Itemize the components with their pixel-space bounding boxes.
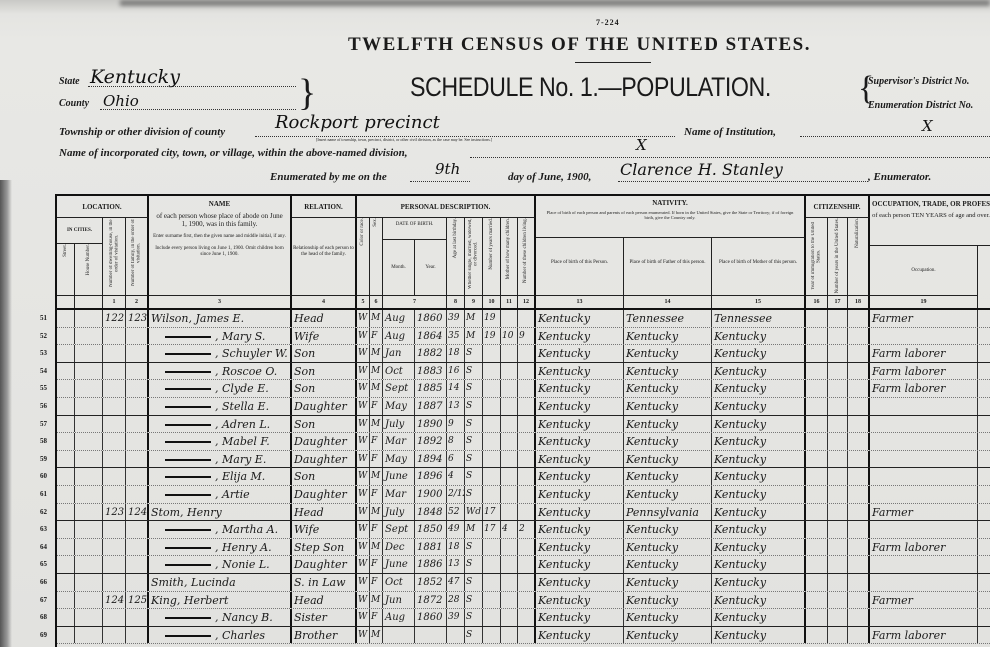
cell-imm — [806, 380, 828, 397]
cell-house — [75, 556, 103, 573]
cell-relation: Sister — [292, 609, 357, 626]
cell-extra — [978, 627, 990, 644]
cell-imm — [806, 328, 828, 345]
cell-nat — [848, 574, 870, 591]
cell-relation: Daughter — [292, 556, 357, 573]
cell-occupation — [870, 398, 978, 415]
cell-imm — [806, 398, 828, 415]
cell-marital: S — [465, 416, 483, 433]
cell-extra — [978, 380, 990, 397]
cell-yrs-married: 17 — [483, 504, 501, 521]
cell-father: Kentucky — [624, 345, 712, 362]
ditto-dash — [165, 371, 211, 373]
cell-age: 18 — [447, 539, 465, 556]
cell-marital: S — [465, 609, 483, 626]
cell-color: W — [357, 539, 370, 556]
cell-street — [57, 345, 75, 362]
cell-relation: Wife — [292, 521, 357, 538]
line-number: 59 — [17, 451, 47, 468]
cell-mother-of — [501, 380, 518, 397]
cell-yrsus — [828, 556, 848, 573]
cell-occupation: Farmer — [870, 592, 978, 609]
cell-dwelling — [103, 451, 126, 468]
cell-month: Sept — [383, 380, 415, 397]
cell-name: , Nancy B. — [149, 609, 292, 626]
cell-year: 1848 — [415, 504, 447, 521]
cell-dwelling — [103, 380, 126, 397]
header-age: Age at last birthday. — [447, 218, 465, 296]
line-number: 69 — [17, 627, 47, 644]
cell-dwelling — [103, 574, 126, 591]
person-name: , Martha A. — [215, 523, 278, 536]
cell-year: 1896 — [415, 468, 447, 485]
cell-nat — [848, 310, 870, 327]
ditto-dash — [165, 529, 211, 531]
cell-birth: Kentucky — [536, 345, 624, 362]
line-number: 60 — [17, 468, 47, 485]
ditto-dash — [165, 353, 211, 355]
cell-color: W — [357, 521, 370, 538]
cell-living — [518, 363, 536, 380]
cell-year: 1872 — [415, 592, 447, 609]
header-in-cities: IN CITIES. — [57, 218, 103, 244]
table-row: 67124125King, HerbertHeadWMJun187228SKen… — [57, 592, 990, 610]
city-value: X — [636, 136, 647, 154]
census-page: 7-224 TWELFTH CENSUS OF THE UNITED STATE… — [0, 0, 990, 647]
line-number: 55 — [17, 380, 47, 397]
cell-relation: S. in Law — [292, 574, 357, 591]
cell-family — [126, 609, 149, 626]
cell-extra — [978, 345, 990, 362]
cell-yrs-married — [483, 468, 501, 485]
cell-extra — [978, 486, 990, 503]
cell-father: Kentucky — [624, 380, 712, 397]
cell-sex: F — [370, 398, 383, 415]
cell-father: Kentucky — [624, 433, 712, 450]
cell-name: Stom, Henry — [149, 504, 292, 521]
cell-house — [75, 380, 103, 397]
cell-dwelling — [103, 345, 126, 362]
cell-dwelling — [103, 363, 126, 380]
header-nativity: NATIVITY. Place of birth of each person … — [536, 196, 806, 238]
brace: { — [858, 72, 874, 106]
cell-month: Oct — [383, 363, 415, 380]
enumerator-name: Clarence H. Stanley — [620, 160, 783, 179]
header-birth-mother: Place of birth of Mother of this person. — [712, 238, 806, 296]
cell-occupation: Farmer — [870, 504, 978, 521]
cell-month: Jan — [383, 345, 415, 362]
cell-month: July — [383, 416, 415, 433]
cell-yrsus — [828, 468, 848, 485]
cell-color: W — [357, 609, 370, 626]
person-name: , Mary S. — [215, 330, 265, 343]
cell-yrsus — [828, 451, 848, 468]
cell-nat — [848, 486, 870, 503]
cell-father: Kentucky — [624, 592, 712, 609]
column-number: 19 — [870, 296, 978, 308]
cell-occupation — [870, 451, 978, 468]
cell-yrsus — [828, 345, 848, 362]
cell-house — [75, 433, 103, 450]
line-number: 62 — [17, 504, 47, 521]
cell-birth: Kentucky — [536, 451, 624, 468]
cell-extra — [978, 539, 990, 556]
cell-sex: F — [370, 486, 383, 503]
cell-family — [126, 486, 149, 503]
cell-age: 28 — [447, 592, 465, 609]
cell-color: W — [357, 416, 370, 433]
cell-mother-of — [501, 310, 518, 327]
cell-nat — [848, 609, 870, 626]
cell-house — [75, 504, 103, 521]
cell-occupation — [870, 416, 978, 433]
ditto-dash — [165, 547, 211, 549]
cell-month: June — [383, 468, 415, 485]
cell-month: Sept — [383, 521, 415, 538]
cell-sex: M — [370, 380, 383, 397]
cell-relation: Daughter — [292, 398, 357, 415]
population-table: LOCATION. IN CITIES. Street. House Numbe… — [55, 194, 990, 647]
cell-name: , Elija M. — [149, 468, 292, 485]
cell-family — [126, 363, 149, 380]
cell-birth: Kentucky — [536, 521, 624, 538]
cell-street — [57, 363, 75, 380]
cell-father: Tennessee — [624, 310, 712, 327]
cell-mother-of — [501, 345, 518, 362]
cell-color: W — [357, 380, 370, 397]
cell-nat — [848, 521, 870, 538]
cell-extra — [978, 521, 990, 538]
person-name: Stom, Henry — [151, 506, 222, 519]
cell-marital: S — [465, 574, 483, 591]
cell-name: , Henry A. — [149, 539, 292, 556]
cell-yrsus — [828, 310, 848, 327]
cell-extra — [978, 328, 990, 345]
cell-sex: F — [370, 328, 383, 345]
cell-imm — [806, 486, 828, 503]
cell-father: Kentucky — [624, 609, 712, 626]
cell-family — [126, 556, 149, 573]
cell-yrsus — [828, 398, 848, 415]
cell-yrsus — [828, 504, 848, 521]
cell-name: , Adren L. — [149, 416, 292, 433]
cell-mother-of — [501, 363, 518, 380]
cell-street — [57, 627, 75, 644]
cell-street — [57, 468, 75, 485]
cell-living — [518, 504, 536, 521]
cell-occupation: Farm laborer — [870, 539, 978, 556]
cell-yrs-married — [483, 539, 501, 556]
header-marital: Whether single, married, widowed, or div… — [465, 218, 483, 296]
person-name: , Henry A. — [215, 541, 272, 554]
cell-nat — [848, 433, 870, 450]
cell-father: Kentucky — [624, 486, 712, 503]
cell-relation: Son — [292, 345, 357, 362]
cell-dwelling — [103, 609, 126, 626]
cell-mother: Kentucky — [712, 433, 806, 450]
county-label: County — [59, 98, 89, 109]
cell-sex: M — [370, 416, 383, 433]
cell-dwelling — [103, 539, 126, 556]
table-row: 66Smith, LucindaS. in LawWFOct185247SKen… — [57, 574, 990, 592]
cell-marital: M — [465, 310, 483, 327]
cell-relation: Daughter — [292, 486, 357, 503]
header-immigration: Year of immigration to the United States… — [806, 218, 828, 296]
state-label: State — [59, 76, 80, 87]
cell-occupation — [870, 556, 978, 573]
cell-month: May — [383, 398, 415, 415]
person-name: , Nancy B. — [215, 611, 273, 624]
cell-house — [75, 521, 103, 538]
cell-relation: Daughter — [292, 451, 357, 468]
brace: } — [298, 74, 316, 112]
ditto-dash — [165, 388, 211, 390]
cell-birth: Kentucky — [536, 556, 624, 573]
table-row: 63, Martha A.WifeWFSept185049M1742Kentuc… — [57, 521, 990, 539]
cell-nat — [848, 468, 870, 485]
cell-yrs-married — [483, 345, 501, 362]
cell-name: , Stella E. — [149, 398, 292, 415]
cell-age: 13 — [447, 398, 465, 415]
cell-mother: Kentucky — [712, 451, 806, 468]
cell-imm — [806, 609, 828, 626]
cell-mother-of — [501, 398, 518, 415]
cell-birth: Kentucky — [536, 468, 624, 485]
cell-nat — [848, 451, 870, 468]
cell-mother-of — [501, 416, 518, 433]
cell-name: , Nonie L. — [149, 556, 292, 573]
column-number: 13 — [536, 296, 624, 308]
header-date-of-birth: DATE OF BIRTH. — [383, 218, 447, 240]
header-house-number: House Number. — [75, 244, 103, 296]
cell-dwelling — [103, 433, 126, 450]
column-number: 14 — [624, 296, 712, 308]
cell-age: 9 — [447, 416, 465, 433]
cell-living — [518, 556, 536, 573]
cell-color: W — [357, 574, 370, 591]
cell-relation: Head — [292, 592, 357, 609]
cell-dwelling — [103, 328, 126, 345]
cell-living — [518, 609, 536, 626]
cell-imm — [806, 592, 828, 609]
cell-extra — [978, 416, 990, 433]
cell-name: , Martha A. — [149, 521, 292, 538]
cell-relation: Head — [292, 310, 357, 327]
cell-year: 1890 — [415, 416, 447, 433]
cell-father: Kentucky — [624, 539, 712, 556]
cell-relation: Wife — [292, 328, 357, 345]
table-row: 64, Henry A.Step SonWMDec188118SKentucky… — [57, 539, 990, 557]
cell-mother-of — [501, 433, 518, 450]
enumerated-suffix: day of June, 1900, — [508, 171, 591, 183]
header-street: Street. — [57, 244, 75, 296]
cell-yrs-married — [483, 433, 501, 450]
cell-family — [126, 521, 149, 538]
person-name: , Stella E. — [215, 400, 269, 413]
cell-mother-of — [501, 609, 518, 626]
cell-father: Kentucky — [624, 574, 712, 591]
cell-imm — [806, 521, 828, 538]
cell-mother: Kentucky — [712, 504, 806, 521]
cell-street — [57, 380, 75, 397]
cell-birth: Kentucky — [536, 574, 624, 591]
cell-mother: Kentucky — [712, 398, 806, 415]
column-number: 5 — [357, 296, 370, 308]
ditto-dash — [165, 459, 211, 461]
cell-nat — [848, 592, 870, 609]
header-birth-father: Place of birth of Father of this person. — [624, 238, 712, 296]
cell-birth: Kentucky — [536, 609, 624, 626]
cell-birth: Kentucky — [536, 416, 624, 433]
cell-living — [518, 592, 536, 609]
cell-sex: M — [370, 504, 383, 521]
person-name: , Charles — [215, 629, 265, 642]
cell-imm — [806, 627, 828, 644]
line-number: 57 — [17, 416, 47, 433]
cell-occupation: Farm laborer — [870, 363, 978, 380]
ditto-dash — [165, 494, 211, 496]
header-years-married: Number of years married. — [483, 218, 501, 296]
cell-house — [75, 486, 103, 503]
cell-color: W — [357, 345, 370, 362]
enumerated-day: 9th — [435, 160, 460, 178]
person-name: , Elija M. — [215, 470, 265, 483]
cell-name: , Mary E. — [149, 451, 292, 468]
person-name: King, Herbert — [151, 594, 228, 607]
cell-family — [126, 468, 149, 485]
cell-occupation — [870, 486, 978, 503]
table-row: 61, ArtieDaughterWFMar19002/12SKentuckyK… — [57, 486, 990, 504]
cell-birth: Kentucky — [536, 539, 624, 556]
cell-month: July — [383, 504, 415, 521]
cell-house — [75, 398, 103, 415]
cell-color: W — [357, 328, 370, 345]
cell-age: 13 — [447, 556, 465, 573]
cell-mother: Kentucky — [712, 468, 806, 485]
cell-color: W — [357, 398, 370, 415]
column-number: 15 — [712, 296, 806, 308]
cell-occupation: Farmer — [870, 310, 978, 327]
column-number: 4 — [292, 296, 357, 308]
cell-age: 2/12 — [447, 486, 465, 503]
cell-color: W — [357, 592, 370, 609]
column-number — [57, 296, 75, 308]
cell-street — [57, 486, 75, 503]
cell-year: 1881 — [415, 539, 447, 556]
cell-occupation — [870, 433, 978, 450]
cell-family — [126, 328, 149, 345]
cell-marital: S — [465, 539, 483, 556]
cell-imm — [806, 345, 828, 362]
header-family-number: Number of family, in the order of visita… — [126, 218, 149, 296]
schedule-title: SCHEDULE No. 1.—POPULATION. — [410, 72, 771, 103]
township-note: [Insert name of township, town, precinct… — [316, 137, 492, 142]
header-dwelling-number: Number of dwelling-house, in the order o… — [103, 218, 126, 296]
column-number: 10 — [483, 296, 501, 308]
cell-birth: Kentucky — [536, 398, 624, 415]
cell-yrs-married — [483, 627, 501, 644]
header-citizenship: CITIZENSHIP. — [806, 196, 870, 218]
cell-family — [126, 380, 149, 397]
enumerator-line — [618, 181, 868, 182]
cell-sex: F — [370, 574, 383, 591]
cell-father: Kentucky — [624, 627, 712, 644]
cell-occupation: Farm laborer — [870, 345, 978, 362]
cell-house — [75, 310, 103, 327]
enumerated-label: Enumerated by me on the — [270, 171, 387, 183]
cell-father: Kentucky — [624, 468, 712, 485]
cell-father: Kentucky — [624, 363, 712, 380]
cell-occupation — [870, 574, 978, 591]
cell-mother: Tennessee — [712, 310, 806, 327]
cell-sex: M — [370, 310, 383, 327]
cell-marital: S — [465, 468, 483, 485]
cell-yrs-married — [483, 451, 501, 468]
cell-color: W — [357, 451, 370, 468]
cell-marital: S — [465, 398, 483, 415]
cell-occupation — [870, 521, 978, 538]
cell-month: Jun — [383, 592, 415, 609]
cell-yrs-married: 19 — [483, 328, 501, 345]
cell-street — [57, 521, 75, 538]
cell-year: 1860 — [415, 310, 447, 327]
cell-name: , Charles — [149, 627, 292, 644]
cell-age: 52 — [447, 504, 465, 521]
cell-house — [75, 363, 103, 380]
cell-living: 2 — [518, 521, 536, 538]
cell-street — [57, 592, 75, 609]
cell-occupation: Farm laborer — [870, 627, 978, 644]
cell-occupation — [870, 609, 978, 626]
cell-mother-of — [501, 592, 518, 609]
cell-marital: S — [465, 592, 483, 609]
cell-imm — [806, 539, 828, 556]
cell-mother: Kentucky — [712, 380, 806, 397]
column-number: 3 — [149, 296, 292, 308]
cell-dwelling — [103, 521, 126, 538]
cell-family — [126, 433, 149, 450]
cell-mother-of — [501, 556, 518, 573]
cell-dwelling — [103, 627, 126, 644]
cell-living — [518, 451, 536, 468]
cell-marital: Wd — [465, 504, 483, 521]
census-title: TWELFTH CENSUS OF THE UNITED STATES. — [348, 34, 811, 56]
cell-father: Kentucky — [624, 328, 712, 345]
cell-age: 6 — [447, 451, 465, 468]
table-row: 55, Clyde E.SonWMSept188514SKentuckyKent… — [57, 380, 990, 398]
cell-month — [383, 627, 415, 644]
cell-mother-of — [501, 574, 518, 591]
line-number: 61 — [17, 486, 47, 503]
line-number: 56 — [17, 398, 47, 415]
cell-marital: S — [465, 451, 483, 468]
cell-year — [415, 627, 447, 644]
header-birth-person: Place of birth of this Person. — [536, 238, 624, 296]
cell-yrs-married: 19 — [483, 310, 501, 327]
cell-name: , Schuyler W. — [149, 345, 292, 362]
cell-relation: Head — [292, 504, 357, 521]
header-occupation: OCCUPATION, TRADE, OR PROFESSION of each… — [870, 196, 990, 246]
ditto-dash — [165, 406, 211, 408]
line-number: 51 — [17, 310, 47, 327]
cell-yrsus — [828, 433, 848, 450]
township-value: Rockport precinct — [275, 112, 440, 133]
cell-birth: Kentucky — [536, 363, 624, 380]
ditto-dash — [165, 635, 211, 637]
cell-mother: Kentucky — [712, 539, 806, 556]
cell-family — [126, 574, 149, 591]
title-rule — [575, 62, 651, 63]
